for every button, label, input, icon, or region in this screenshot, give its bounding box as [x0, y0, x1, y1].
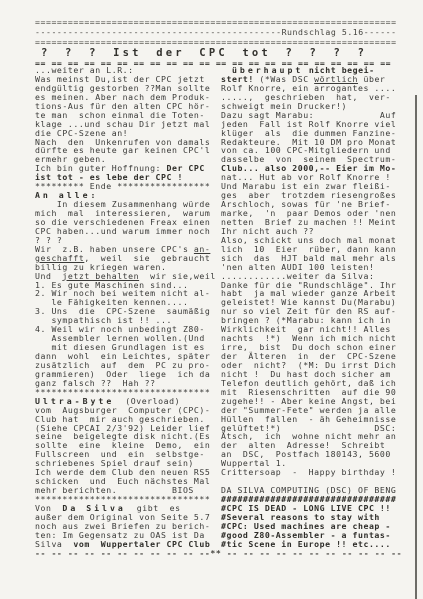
masthead-line: ----------------------------------------…	[35, 27, 413, 37]
text-line: Crittersoap - Happy birthday !	[221, 468, 413, 477]
ruler-line-top: ========================================…	[35, 17, 413, 27]
article-column-left: ...weiter an L.R.:Was meinst Du,ist der …	[35, 66, 217, 549]
scan-edge-line	[415, 95, 417, 599]
scanned-newsletter-page: ========================================…	[0, 0, 423, 599]
article-column-right: überhaupt nicht begei-stert! (*Was DSC w…	[221, 66, 413, 549]
ruler-line-mid: ========================================…	[35, 37, 413, 47]
newsletter-header: ========================================…	[35, 17, 413, 68]
footer-divider-line: -- -- -- -- -- -- -- -- -- -- --** -- --…	[35, 549, 413, 558]
